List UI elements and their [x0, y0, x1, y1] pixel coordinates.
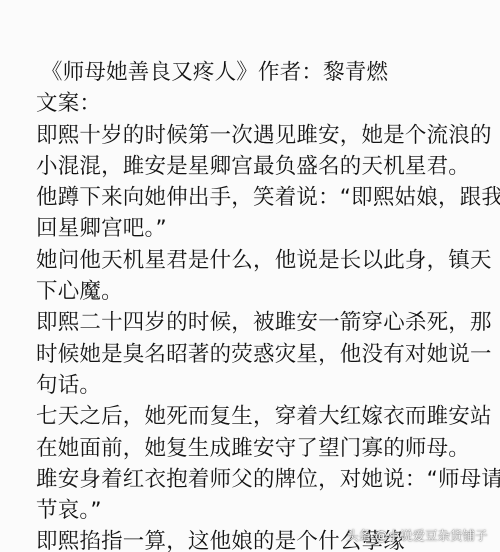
text-line: 七天之后，她死而复生，穿着大红嫁衣而雎安站 — [36, 401, 496, 432]
text-line: 小混混，雎安是星卿宫最负盛名的天机星君。 — [36, 151, 496, 182]
text-line: 雎安身着红衣抱着师父的牌位，对她说：“师母请 — [36, 464, 496, 495]
text-line: 他蹲下来向她伸出手，笑着说：“即熙姑娘，跟我 — [36, 182, 496, 213]
watermark: 头条 @小说爱豆杂货铺子 — [346, 526, 487, 544]
book-title-author: 《师母她善良又疼人》作者：黎青燃 — [36, 57, 496, 88]
text-line: 她问他天机星君是什么，他说是长以此身，镇天 — [36, 245, 496, 276]
text-line: 在她面前，她复生成雎安守了望门寡的师母。 — [36, 433, 496, 464]
text-line: 回星卿宫吧。” — [36, 213, 496, 244]
text-line: 即熙二十四岁的时候，被雎安一箭穿心杀死，那 — [36, 307, 496, 338]
text-line: 时候她是臭名昭著的荧惑灾星，他没有对她说一 — [36, 339, 496, 370]
section-label: 文案： — [36, 88, 496, 119]
text-line: 节哀。” — [36, 495, 496, 526]
text-line: 即熙十岁的时候第一次遇见雎安，她是个流浪的 — [36, 120, 496, 151]
text-line: 句话。 — [36, 370, 496, 401]
text-line: 下心魔。 — [36, 276, 496, 307]
synopsis-document: 《师母她善良又疼人》作者：黎青燃 文案： 即熙十岁的时候第一次遇见雎安，她是个流… — [36, 57, 496, 552]
